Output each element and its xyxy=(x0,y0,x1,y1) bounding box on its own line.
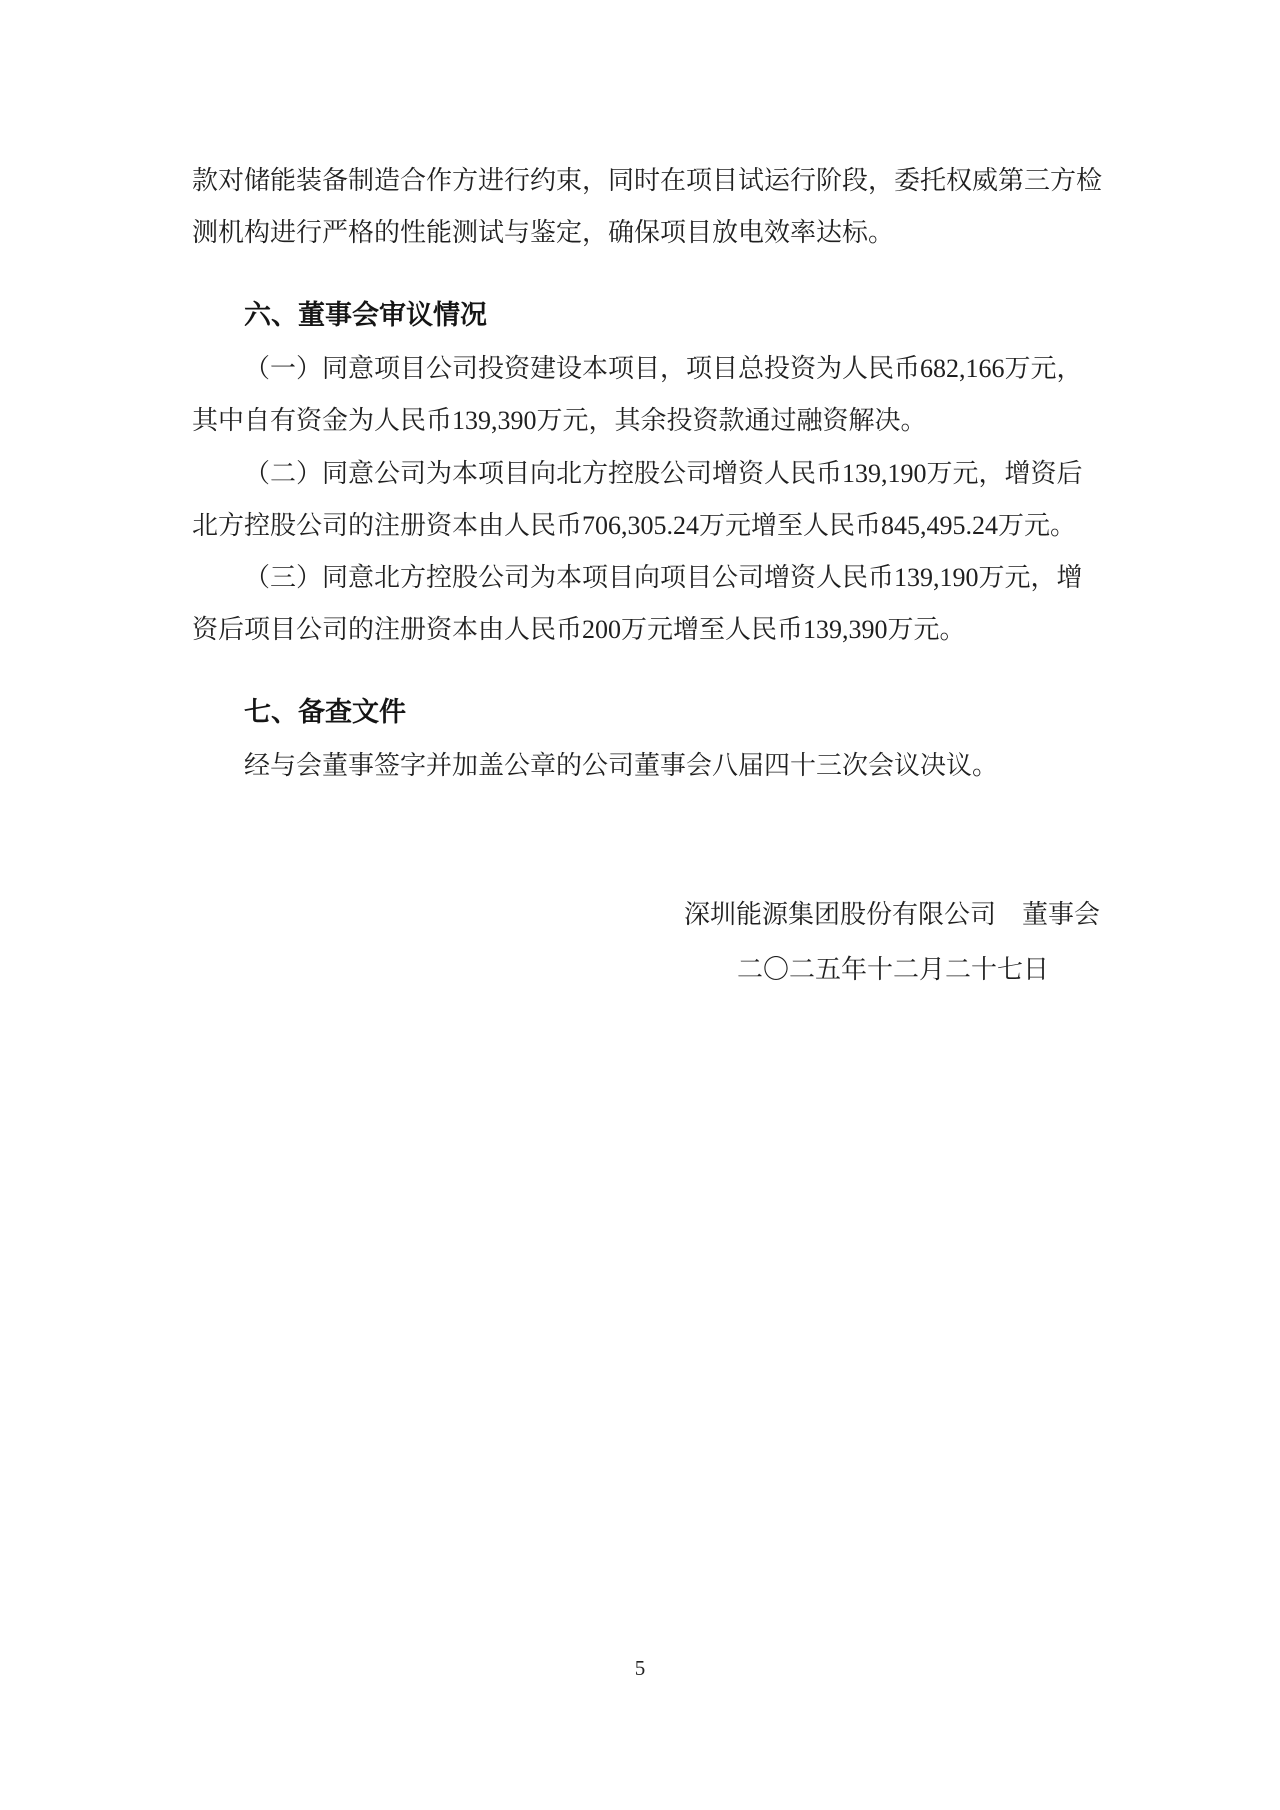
section-6-item-3-line-1: （三）同意北方控股公司为本项目向项目公司增资人民币139,190万元，增 xyxy=(192,560,1108,596)
section-7-heading: 七、备查文件 xyxy=(192,694,1108,730)
section-7-body-line: 经与会董事签字并加盖公章的公司董事会八届四十三次会议决议。 xyxy=(192,748,1108,784)
intro-paragraph-line-2: 测机构进行严格的性能测试与鉴定，确保项目放电效率达标。 xyxy=(192,215,1108,251)
section-6-item-1-line-1: （一）同意项目公司投资建设本项目，项目总投资为人民币682,166万元， xyxy=(192,351,1108,387)
section-6-heading: 六、董事会审议情况 xyxy=(192,297,1108,333)
section-6-item-2-line-1: （二）同意公司为本项目向北方控股公司增资人民币139,190万元，增资后 xyxy=(192,456,1108,492)
section-6-item-3-line-2: 资后项目公司的注册资本由人民币200万元增至人民币139,390万元。 xyxy=(192,612,1108,648)
document-page: 款对储能装备制造合作方进行约束，同时在项目试运行阶段，委托权威第三方检 测机构进… xyxy=(0,0,1280,1810)
signature-company-line: 深圳能源集团股份有限公司 董事会 xyxy=(684,897,1100,933)
section-6-item-1-line-2: 其中自有资金为人民币139,390万元，其余投资款通过融资解决。 xyxy=(192,403,1108,439)
intro-paragraph-line-1: 款对储能装备制造合作方进行约束，同时在项目试运行阶段，委托权威第三方检 xyxy=(192,163,1108,199)
section-6-item-2-line-2: 北方控股公司的注册资本由人民币706,305.24万元增至人民币845,495.… xyxy=(192,508,1108,544)
signature-date-line: 二〇二五年十二月二十七日 xyxy=(737,952,1049,988)
page-number: 5 xyxy=(0,1655,1280,1681)
